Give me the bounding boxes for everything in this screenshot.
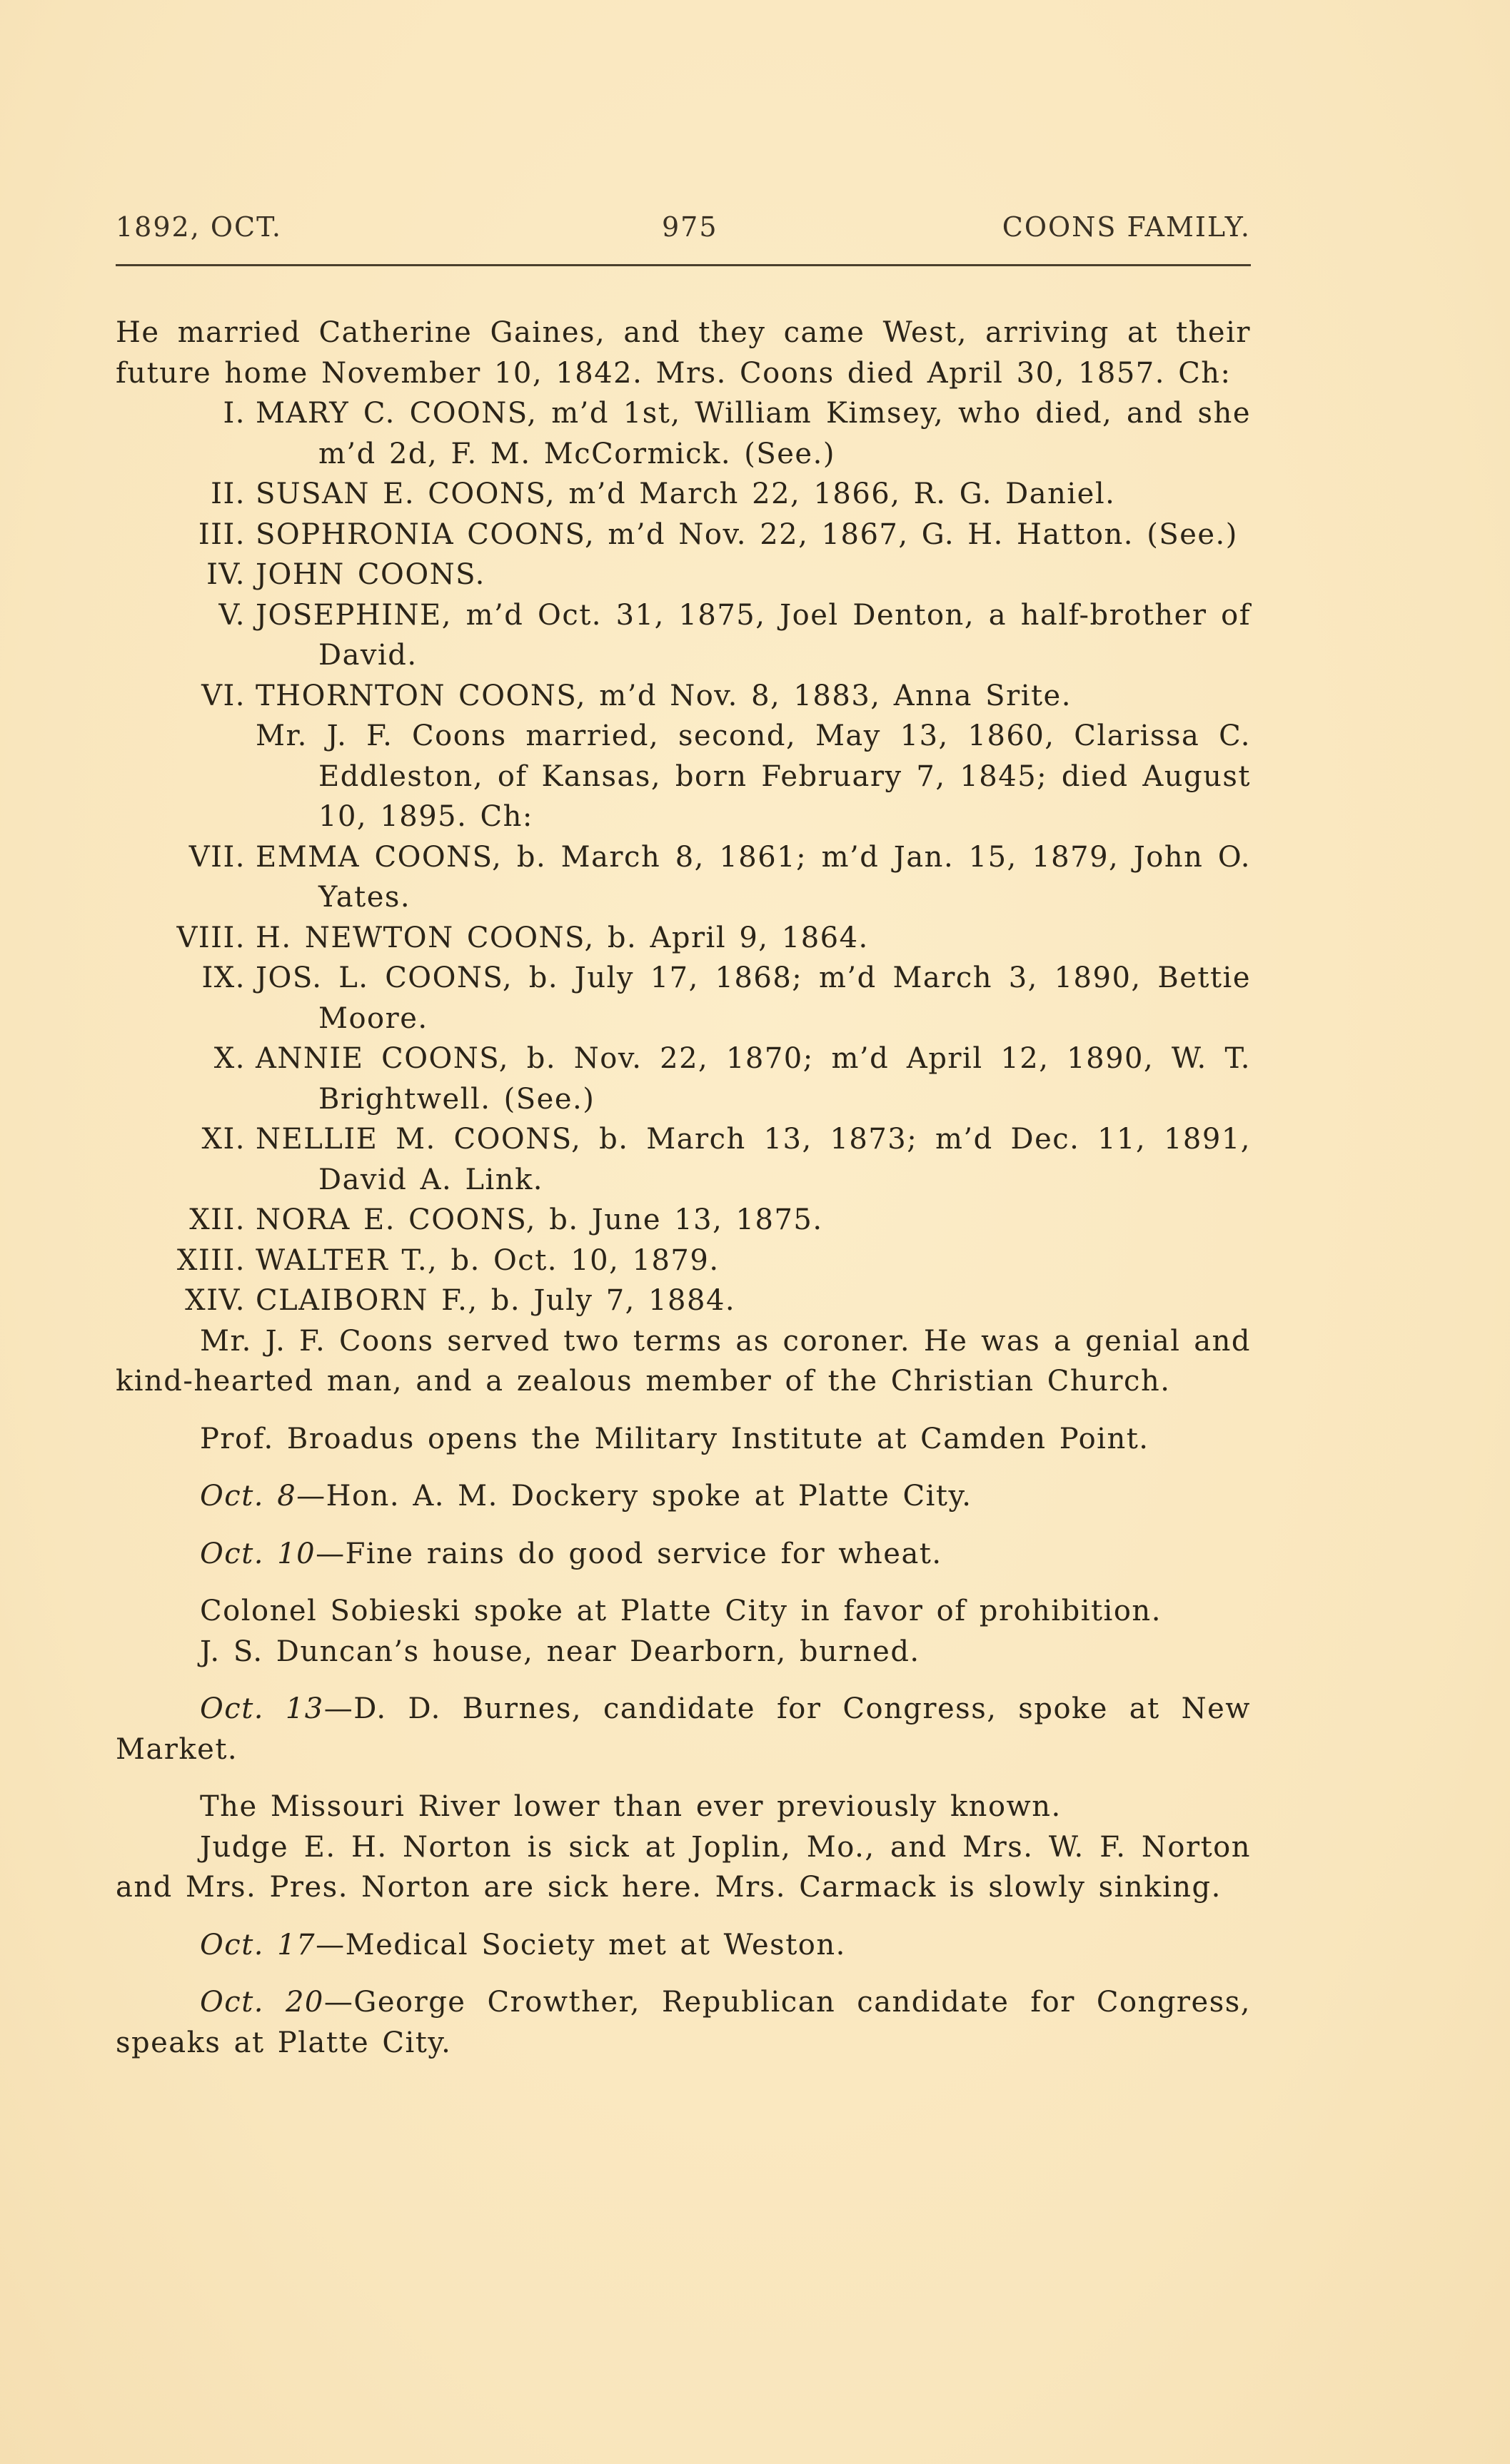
entry-date: Oct. 8 bbox=[200, 1480, 296, 1513]
child-entry: XI.NELLIE M. COONS, b. March 13, 1873; m… bbox=[116, 1119, 1251, 1200]
chronicle-entry: The Missouri River lower than ever previ… bbox=[116, 1787, 1251, 1827]
second-marriage-paragraph: Mr. J. F. Coons married, second, May 13,… bbox=[116, 716, 1251, 837]
child-text: JOSEPHINE, m’d Oct. 31, 1875, Joel Dento… bbox=[256, 595, 1251, 676]
child-text: SOPHRONIA COONS, m’d Nov. 22, 1867, G. H… bbox=[256, 515, 1251, 555]
child-numeral: III. bbox=[116, 515, 246, 555]
chronicle-entry: Oct. 13—D. D. Burnes, candidate for Cong… bbox=[116, 1689, 1251, 1769]
chronicle-entry: Prof. Broadus opens the Military Institu… bbox=[116, 1419, 1251, 1460]
entry-text: The Missouri River lower than ever previ… bbox=[200, 1790, 1062, 1823]
children-list-first-marriage: I.MARY C. COONS, m’d 1st, William Kimsey… bbox=[116, 393, 1251, 716]
coroner-paragraph: Mr. J. F. Coons served two terms as coro… bbox=[116, 1321, 1251, 1402]
entry-text: Colonel Sobieski spoke at Platte City in… bbox=[200, 1595, 1162, 1627]
header-rule bbox=[116, 264, 1251, 266]
running-head: 1892, OCT. 975 COONS FAMILY. bbox=[116, 211, 1251, 254]
child-entry: VIII.H. NEWTON COONS, b. April 9, 1864. bbox=[116, 918, 1251, 959]
chronicle-entry: Oct. 8—Hon. A. M. Dockery spoke at Platt… bbox=[116, 1476, 1251, 1517]
child-entry: I.MARY C. COONS, m’d 1st, William Kimsey… bbox=[116, 393, 1251, 474]
children-list-second-marriage: VII.EMMA COONS, b. March 8, 1861; m’d Ja… bbox=[116, 837, 1251, 1321]
child-entry: V.JOSEPHINE, m’d Oct. 31, 1875, Joel Den… bbox=[116, 595, 1251, 676]
child-numeral: XII. bbox=[116, 1200, 246, 1241]
child-text: THORNTON COONS, m’d Nov. 8, 1883, Anna S… bbox=[256, 676, 1251, 717]
body-text: He married Catherine Gaines, and they ca… bbox=[116, 313, 1251, 2063]
child-numeral: XIII. bbox=[116, 1241, 246, 1281]
chronicle-entry: Judge E. H. Norton is sick at Joplin, Mo… bbox=[116, 1827, 1251, 1908]
child-entry: IX.JOS. L. COONS, b. July 17, 1868; m’d … bbox=[116, 958, 1251, 1039]
child-numeral: VIII. bbox=[116, 918, 246, 959]
chronicle-entry: Oct. 17—Medical Society met at Weston. bbox=[116, 1925, 1251, 1966]
child-text: WALTER T., b. Oct. 10, 1879. bbox=[256, 1241, 1251, 1281]
child-numeral: XIV. bbox=[116, 1281, 246, 1321]
entry-text: —Hon. A. M. Dockery spoke at Platte City… bbox=[296, 1480, 972, 1513]
child-text: JOHN COONS. bbox=[256, 555, 1251, 595]
child-numeral: VII. bbox=[116, 837, 246, 878]
running-head-title: COONS FAMILY. bbox=[1002, 211, 1251, 243]
child-text: JOS. L. COONS, b. July 17, 1868; m’d Mar… bbox=[256, 958, 1251, 1039]
child-numeral: VI. bbox=[116, 676, 246, 717]
child-text: NELLIE M. COONS, b. March 13, 1873; m’d … bbox=[256, 1119, 1251, 1200]
child-numeral: IV. bbox=[116, 555, 246, 595]
child-text: SUSAN E. COONS, m’d March 22, 1866, R. G… bbox=[256, 474, 1251, 515]
chronicle-entry: J. S. Duncan’s house, near Dearborn, bur… bbox=[116, 1632, 1251, 1672]
child-entry: X.ANNIE COONS, b. Nov. 22, 1870; m’d Apr… bbox=[116, 1039, 1251, 1119]
child-numeral: I. bbox=[116, 393, 246, 434]
child-text: ANNIE COONS, b. Nov. 22, 1870; m’d April… bbox=[256, 1039, 1251, 1119]
entry-text: —Medical Society met at Weston. bbox=[316, 1929, 846, 1961]
chronicle-entry: Oct. 20—George Crowther, Republican cand… bbox=[116, 1982, 1251, 2063]
child-numeral: X. bbox=[116, 1039, 246, 1079]
child-numeral: V. bbox=[116, 595, 246, 636]
running-head-date: 1892, OCT. bbox=[116, 211, 282, 243]
second-marriage-text: Mr. J. F. Coons married, second, May 13,… bbox=[256, 716, 1251, 837]
entry-text: Prof. Broadus opens the Military Institu… bbox=[200, 1423, 1149, 1455]
intro-paragraph: He married Catherine Gaines, and they ca… bbox=[116, 313, 1251, 393]
child-entry: XII.NORA E. COONS, b. June 13, 1875. bbox=[116, 1200, 1251, 1241]
page-number: 975 bbox=[662, 211, 718, 243]
child-entry: IV.JOHN COONS. bbox=[116, 555, 1251, 595]
entry-text: Judge E. H. Norton is sick at Joplin, Mo… bbox=[116, 1831, 1251, 1904]
entry-date: Oct. 17 bbox=[200, 1929, 316, 1961]
chronicle-entry: Colonel Sobieski spoke at Platte City in… bbox=[116, 1591, 1251, 1632]
child-entry: XIV.CLAIBORN F., b. July 7, 1884. bbox=[116, 1281, 1251, 1321]
entry-date: Oct. 13 bbox=[200, 1692, 324, 1725]
child-entry: III.SOPHRONIA COONS, m’d Nov. 22, 1867, … bbox=[116, 515, 1251, 555]
entry-text: J. S. Duncan’s house, near Dearborn, bur… bbox=[200, 1635, 920, 1668]
child-numeral: XI. bbox=[116, 1119, 246, 1160]
chronicle-entry: Oct. 10—Fine rains do good service for w… bbox=[116, 1534, 1251, 1575]
child-numeral: II. bbox=[116, 474, 246, 515]
entry-text: —Fine rains do good service for wheat. bbox=[316, 1538, 942, 1570]
child-entry: II.SUSAN E. COONS, m’d March 22, 1866, R… bbox=[116, 474, 1251, 515]
child-entry: VI.THORNTON COONS, m’d Nov. 8, 1883, Ann… bbox=[116, 676, 1251, 717]
child-text: MARY C. COONS, m’d 1st, William Kimsey, … bbox=[256, 393, 1251, 474]
child-text: EMMA COONS, b. March 8, 1861; m’d Jan. 1… bbox=[256, 837, 1251, 918]
child-text: NORA E. COONS, b. June 13, 1875. bbox=[256, 1200, 1251, 1241]
entry-date: Oct. 10 bbox=[200, 1538, 316, 1570]
child-entry: XIII.WALTER T., b. Oct. 10, 1879. bbox=[116, 1241, 1251, 1281]
child-text: H. NEWTON COONS, b. April 9, 1864. bbox=[256, 918, 1251, 959]
entry-date: Oct. 20 bbox=[200, 1986, 324, 2019]
child-text: CLAIBORN F., b. July 7, 1884. bbox=[256, 1281, 1251, 1321]
child-entry: VII.EMMA COONS, b. March 8, 1861; m’d Ja… bbox=[116, 837, 1251, 918]
child-numeral: IX. bbox=[116, 958, 246, 999]
